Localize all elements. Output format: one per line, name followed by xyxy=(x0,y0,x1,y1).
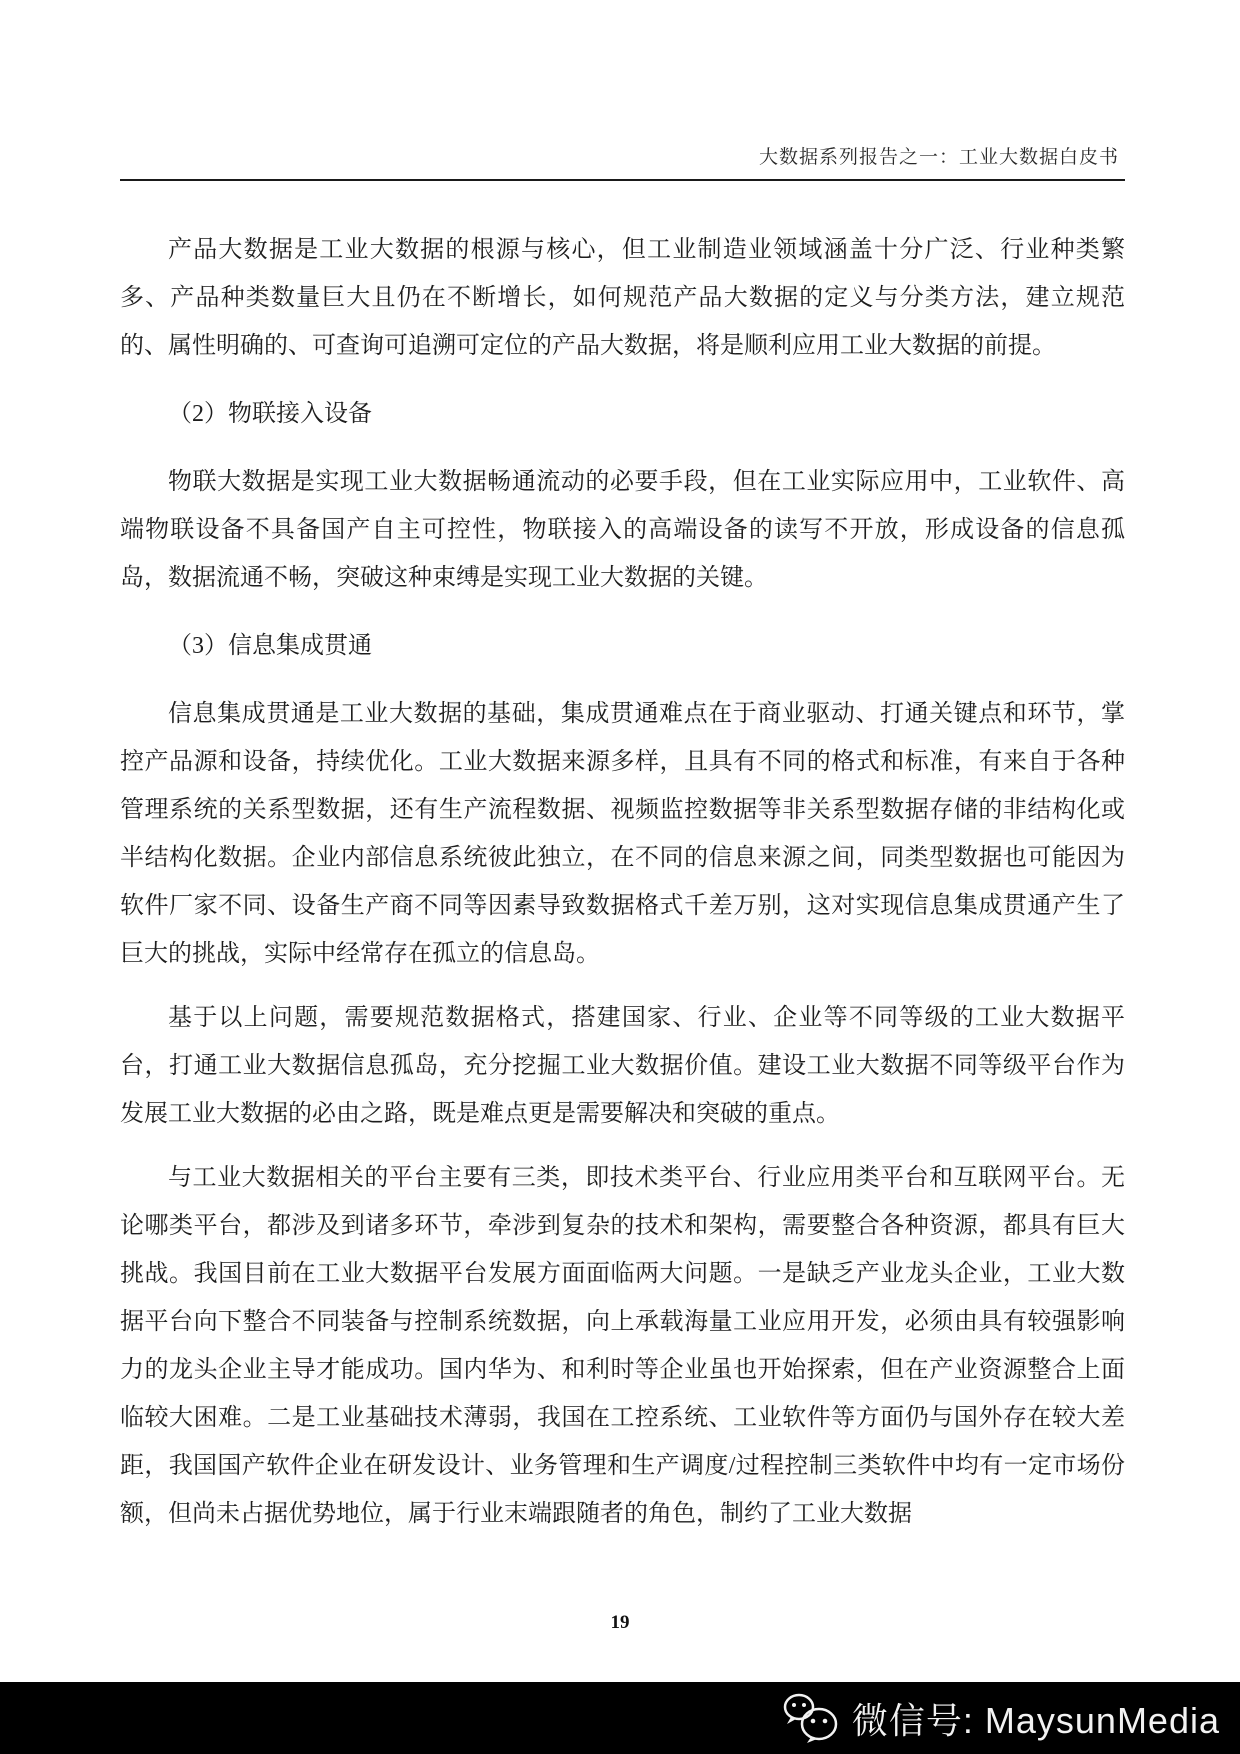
page-header: 大数据系列报告之一：工业大数据白皮书 xyxy=(120,0,1125,181)
wechat-account-label: 微信号: MaysunMedia xyxy=(852,1693,1220,1744)
header-title: 大数据系列报告之一：工业大数据白皮书 xyxy=(120,142,1125,169)
page-number: 19 xyxy=(0,1612,1240,1634)
paragraph-info-integration: 信息集成贯通是工业大数据的基础，集成贯通难点在于商业驱动、打通关键点和环节，掌控… xyxy=(120,690,1125,978)
wechat-icon xyxy=(782,1692,840,1744)
paragraph-product-bigdata: 产品大数据是工业大数据的根源与核心，但工业制造业领域涵盖十分广泛、行业种类繁多、… xyxy=(120,226,1125,370)
header-rule xyxy=(120,179,1125,181)
paragraph-platform-levels: 基于以上问题，需要规范数据格式，搭建国家、行业、企业等不同等级的工业大数据平台，… xyxy=(120,994,1125,1138)
body-text: 产品大数据是工业大数据的根源与核心，但工业制造业领域涵盖十分广泛、行业种类繁多、… xyxy=(120,226,1125,1554)
paragraph-platform-types: 与工业大数据相关的平台主要有三类，即技术类平台、行业应用类平台和互联网平台。无论… xyxy=(120,1154,1125,1538)
paragraph-iot-bigdata: 物联大数据是实现工业大数据畅通流动的必要手段，但在工业实际应用中，工业软件、高端… xyxy=(120,458,1125,602)
section-heading-iot-devices: （2）物联接入设备 xyxy=(120,390,1125,438)
section-heading-info-integration: （3）信息集成贯通 xyxy=(120,622,1125,670)
footer-bar: 微信号: MaysunMedia xyxy=(0,1682,1240,1754)
document-page: 大数据系列报告之一：工业大数据白皮书 产品大数据是工业大数据的根源与核心，但工业… xyxy=(0,0,1240,1754)
